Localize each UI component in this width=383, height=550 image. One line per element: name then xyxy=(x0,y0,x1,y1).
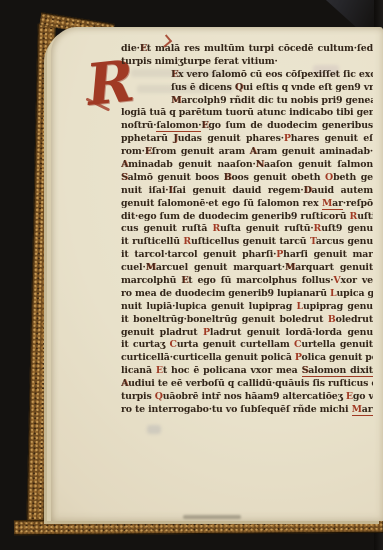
text-line: Aminadab genuit naaſon·Naaſon genuit ſal… xyxy=(121,159,373,172)
text-segment: dit·ego ſum de duodecim generib9 ruſtico… xyxy=(121,211,350,222)
text-segment: uſta genuit ruſtū· xyxy=(220,223,313,234)
text-line: nuit iſai·Iſai genuit dauid regem·Dauid … xyxy=(121,185,373,198)
text-segment: N xyxy=(256,159,264,170)
text-block: die·Et malā res multūm turpi cōcedē cult… xyxy=(121,43,373,417)
text-segment: x vero ſalomō cū eos cōſpexiſſet ſic exo… xyxy=(178,69,373,80)
text-segment: D xyxy=(304,185,312,196)
text-segment: rom· xyxy=(121,146,145,157)
text-segment: it ruſticellū xyxy=(121,236,183,247)
text-segment: arcuel genuit marquart· xyxy=(156,262,285,273)
text-segment: cuel· xyxy=(121,262,146,273)
rubric-underlined-text: M xyxy=(322,198,332,210)
rubricated-letter: V xyxy=(333,275,340,286)
text-line: turpis nimiʒturpe ferat vitium· xyxy=(121,56,373,69)
rubricated-letter: E xyxy=(346,391,353,402)
text-line: Marcolph9 rñdit dic tu nobis pri9 genea xyxy=(121,95,373,108)
rubricated-letter: P xyxy=(295,352,302,363)
text-line: curticellā·curticella genuit policā Poli… xyxy=(121,352,373,365)
text-segment: A xyxy=(250,146,257,157)
rubric-underlined-text: M xyxy=(352,404,362,416)
rubricated-letter: R xyxy=(183,236,191,247)
text-segment: arquart genuit xyxy=(295,262,373,273)
text-line: genuit ſalomonē·et ego ſū ſalomon rex Ma… xyxy=(121,198,373,211)
text-line: nuit lupiā·lupica genuit lupiprag Lupipr… xyxy=(121,301,373,314)
rubricated-letter: O xyxy=(325,172,333,183)
text-segment: beth ge xyxy=(333,172,373,183)
text-segment: xor ve xyxy=(341,275,373,286)
text-segment: nuit iſai· xyxy=(121,185,168,196)
text-line: it tarcol·tarcol genuit pharſi·Pharſi ge… xyxy=(121,249,373,262)
text-segment: genuit ſalomonē·et ego ſū ſalomon rex xyxy=(121,198,322,209)
text-segment: go ve xyxy=(353,391,373,402)
text-segment: udiui te eē verboſū q callidū·quāuis ſis… xyxy=(128,378,373,389)
faint-ink-mark xyxy=(147,425,161,434)
text-segment: oledrut xyxy=(336,314,373,325)
text-segment: upica ge xyxy=(336,288,373,299)
rubricated-letter: E xyxy=(156,365,163,376)
text-segment: noſtrū· xyxy=(121,120,156,131)
text-segment: it tarcol·tarcol genuit pharſi· xyxy=(121,249,276,260)
text-segment: ·reſpō xyxy=(343,198,373,209)
text-line: cuel·Marcuel genuit marquart·Marquart ge… xyxy=(121,262,373,275)
photograph-background: R die·Et malā res multūm turpi cōcedē cu… xyxy=(0,0,383,550)
rubricated-letter: B xyxy=(328,314,336,325)
text-segment: olica genuit po xyxy=(302,352,373,363)
text-segment: ram genuit aminadab· xyxy=(257,146,373,157)
text-line: genuit pladrut Pladrut genuit lordā·lord… xyxy=(121,327,373,340)
rubricated-letter: Q xyxy=(155,391,163,402)
text-segment: M xyxy=(146,262,156,273)
text-line: noſtrū·ſalomon·Ego ſum de duodecim gener… xyxy=(121,120,373,133)
text-line: licanā Et hoc ē policana vxor mea Salomo… xyxy=(121,365,373,378)
text-segment: upiprag genu xyxy=(303,301,373,312)
text-line: cus genuit ruſtā Ruſta genuit ruſtū·Ruſt… xyxy=(121,223,373,236)
text-line: rom·Eſrom genuit aram Aram genuit aminad… xyxy=(121,146,373,159)
text-segment: urtella genuit xyxy=(301,339,373,350)
text-line: marcolphū Et ego ſū marcolphus follus·Vx… xyxy=(121,275,373,288)
text-segment: M xyxy=(285,262,295,273)
rubric-underlined-text: ar xyxy=(332,198,343,210)
text-segment: arcolph9 rñdit dic tu nobis pri9 genea xyxy=(181,95,373,106)
text-segment: t malā res multūm turpi cōcedē cultum·ſe… xyxy=(147,43,373,54)
text-line: it ruſticellū Ruſticellus genuit tarcū T… xyxy=(121,236,373,249)
text-segment: genuit pladrut xyxy=(121,327,203,338)
text-segment: ſai genuit dauid regem· xyxy=(173,185,304,196)
text-line: dit·ego ſum de duodecim generib9 ruſtico… xyxy=(121,211,373,224)
text-segment: uſt9 genu xyxy=(321,223,373,234)
text-segment: it curtaʒ xyxy=(121,339,170,350)
text-segment: die· xyxy=(121,43,140,54)
text-segment: Q xyxy=(235,82,243,93)
text-line: Ex vero ſalomō cū eos cōſpexiſſet ſic ex… xyxy=(121,69,373,82)
text-segment: ui eſtis q vnde eſt gen9 vrm̄ xyxy=(243,82,373,93)
text-segment: E xyxy=(140,43,147,54)
text-segment: turpis xyxy=(121,391,155,402)
text-segment: uſti xyxy=(357,211,373,222)
text-segment: ſrom genuit aram xyxy=(152,146,250,157)
text-segment: licanā xyxy=(121,365,156,376)
rubric-underlined-text: ſalomon· xyxy=(156,120,201,132)
rubricated-letter: R xyxy=(212,223,220,234)
text-line: Salmō genuit boos Boos genuit obeth Obet… xyxy=(121,172,373,185)
text-segment: ro mea de duodecim generib9 lupianarū xyxy=(121,288,330,299)
text-segment: cus genuit ruſtā xyxy=(121,223,212,234)
rubric-underlined-text: alomon dixit xyxy=(308,365,373,377)
text-segment: uſticellus genuit tarcū xyxy=(191,236,310,247)
text-segment: curticellā·curticella genuit policā xyxy=(121,352,295,363)
text-line: pphetarū Judas genuit phares·Phares genu… xyxy=(121,133,373,146)
text-segment: ro te interrogabo·tu vo ſubſequēſ rñde m… xyxy=(121,404,352,415)
text-line: Audiui te eē verboſū q callidū·quāuis ſi… xyxy=(121,378,373,391)
text-segment: E xyxy=(171,69,178,80)
text-line: turpis Quāobrē intr̄ nos hāam9 altercati… xyxy=(121,391,373,404)
text-segment: hares genuit eſ xyxy=(291,133,373,144)
text-segment: udas genuit phares· xyxy=(178,133,284,144)
text-segment: harſi genuit mar xyxy=(283,249,373,260)
text-line: logiā tuā q parētum tuorū atunc indicabo… xyxy=(121,107,373,120)
text-segment: t hoc ē policana vxor mea xyxy=(163,365,302,376)
text-segment: nuit lupiā·lupica genuit lupiprag xyxy=(121,301,297,312)
text-segment: it boneltrūg·boneltrūg genuit boledrut xyxy=(121,314,328,325)
text-segment: pphetarū xyxy=(121,133,173,144)
text-line: it boneltrūg·boneltrūg genuit boledrut B… xyxy=(121,314,373,327)
rubricated-letter: P xyxy=(284,133,291,144)
text-segment: E xyxy=(145,146,152,157)
text-line: ro te interrogabo·tu vo ſubſequēſ rñde m… xyxy=(121,404,373,417)
text-segment: uāobrē intr̄ nos hāam9 altercatiōeʒ xyxy=(163,391,346,402)
text-segment: almō genuit boos xyxy=(128,172,224,183)
text-segment: minadab genuit naaſon· xyxy=(128,159,255,170)
text-line: ſus ē dicens Qui eſtis q vnde eſt gen9 v… xyxy=(121,82,373,95)
rubric-underlined-text: arcolʒ xyxy=(362,404,373,416)
text-line: ro mea de duodecim generib9 lupianarū Lu… xyxy=(121,288,373,301)
text-segment: auid autem xyxy=(312,185,373,196)
rubricated-letter: P xyxy=(203,327,210,338)
text-line: die·Et malā res multūm turpi cōcedē cult… xyxy=(121,43,373,56)
text-segment: marcolphū xyxy=(121,275,181,286)
text-segment: ladrut genuit lordā·lorda genu xyxy=(210,327,373,338)
ink-smudge xyxy=(183,515,241,519)
book-page: R die·Et malā res multūm turpi cōcedē cu… xyxy=(51,27,383,521)
text-segment: go ſum de duodecim generibus xyxy=(208,120,373,131)
text-segment: logiā tuā q parētum tuorū atunc indicabo… xyxy=(121,107,373,118)
text-segment: urta genuit curtellam xyxy=(177,339,294,350)
text-segment: arcus genu xyxy=(316,236,373,247)
text-line: it curtaʒ Curta genuit curtellam Curtell… xyxy=(121,339,373,352)
text-segment: oos genuit obeth xyxy=(231,172,325,183)
text-segment: ſus ē dicens xyxy=(171,82,235,93)
text-segment: turpis nimiʒturpe ferat vitium· xyxy=(121,56,278,67)
text-segment: S xyxy=(121,172,128,183)
text-segment: M xyxy=(171,95,181,106)
text-segment: t ego ſū marcolphus follus· xyxy=(188,275,333,286)
text-segment: aaſon genuit ſalmon xyxy=(264,159,373,170)
rubricated-letter: C xyxy=(170,339,177,350)
